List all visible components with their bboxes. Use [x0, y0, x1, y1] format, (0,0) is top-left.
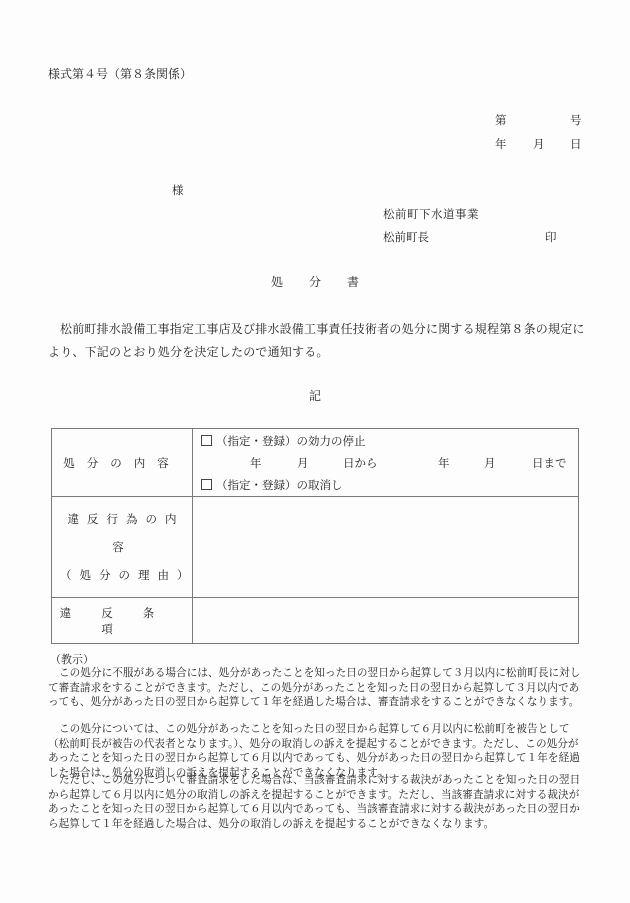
- number-prefix: 第: [495, 112, 507, 128]
- issuer-title: 松前町長: [383, 229, 429, 245]
- option-revocation[interactable]: （指定・登録）の取消し: [193, 474, 578, 496]
- disposition-table: 処分の内容 （指定・登録）の効力の停止 年 月 日から 年 月 日まで （指定・…: [51, 428, 579, 644]
- article-field[interactable]: [193, 598, 579, 644]
- disposition-content: （指定・登録）の効力の停止 年 月 日から 年 月 日まで （指定・登録）の取消…: [193, 429, 579, 497]
- checkbox-icon[interactable]: [201, 435, 212, 446]
- label-violation: 違反行為の内容 （処分の理由）: [52, 497, 193, 598]
- issuer-org: 松前町下水道事業: [383, 206, 479, 222]
- addressee-suffix: 様: [172, 182, 184, 198]
- violation-field[interactable]: [193, 497, 579, 598]
- notice-heading: （教示）: [50, 651, 94, 667]
- document-title: 処分書: [0, 273, 630, 290]
- notice-paragraph: この処分に不服がある場合には、処分があったことを知った日の翌日から起算して３月以…: [48, 666, 586, 710]
- checkbox-icon[interactable]: [201, 479, 212, 490]
- number-suffix: 号: [570, 112, 582, 128]
- date-month: 月: [533, 136, 545, 152]
- label-disposition: 処分の内容: [52, 429, 193, 497]
- notice-paragraph: この処分については、この処分があったことを知った日の翌日から起算して６月以内に松…: [48, 722, 586, 780]
- seal-mark: 印: [545, 229, 557, 245]
- intro-paragraph: 松前町排水設備工事指定工事店及び排水設備工事責任技術者の処分に関する規程第８条の…: [48, 318, 588, 364]
- option-suspension[interactable]: （指定・登録）の効力の停止: [193, 430, 578, 452]
- label-article: 違反条項: [52, 598, 193, 644]
- table-row-disposition: 処分の内容 （指定・登録）の効力の停止 年 月 日から 年 月 日まで （指定・…: [52, 429, 579, 497]
- table-row-violation: 違反行為の内容 （処分の理由）: [52, 497, 579, 598]
- form-id: 様式第４号（第８条関係）: [48, 65, 192, 82]
- date-year: 年: [495, 136, 507, 152]
- notice-paragraph: ただし、この処分について審査請求をした場合は、当該審査請求に対する裁決があったこ…: [48, 773, 586, 831]
- table-row-article: 違反条項: [52, 598, 579, 644]
- suspension-period: 年 月 日から 年 月 日まで: [193, 452, 578, 474]
- ki-heading: 記: [0, 387, 630, 404]
- date-day: 日: [570, 136, 582, 152]
